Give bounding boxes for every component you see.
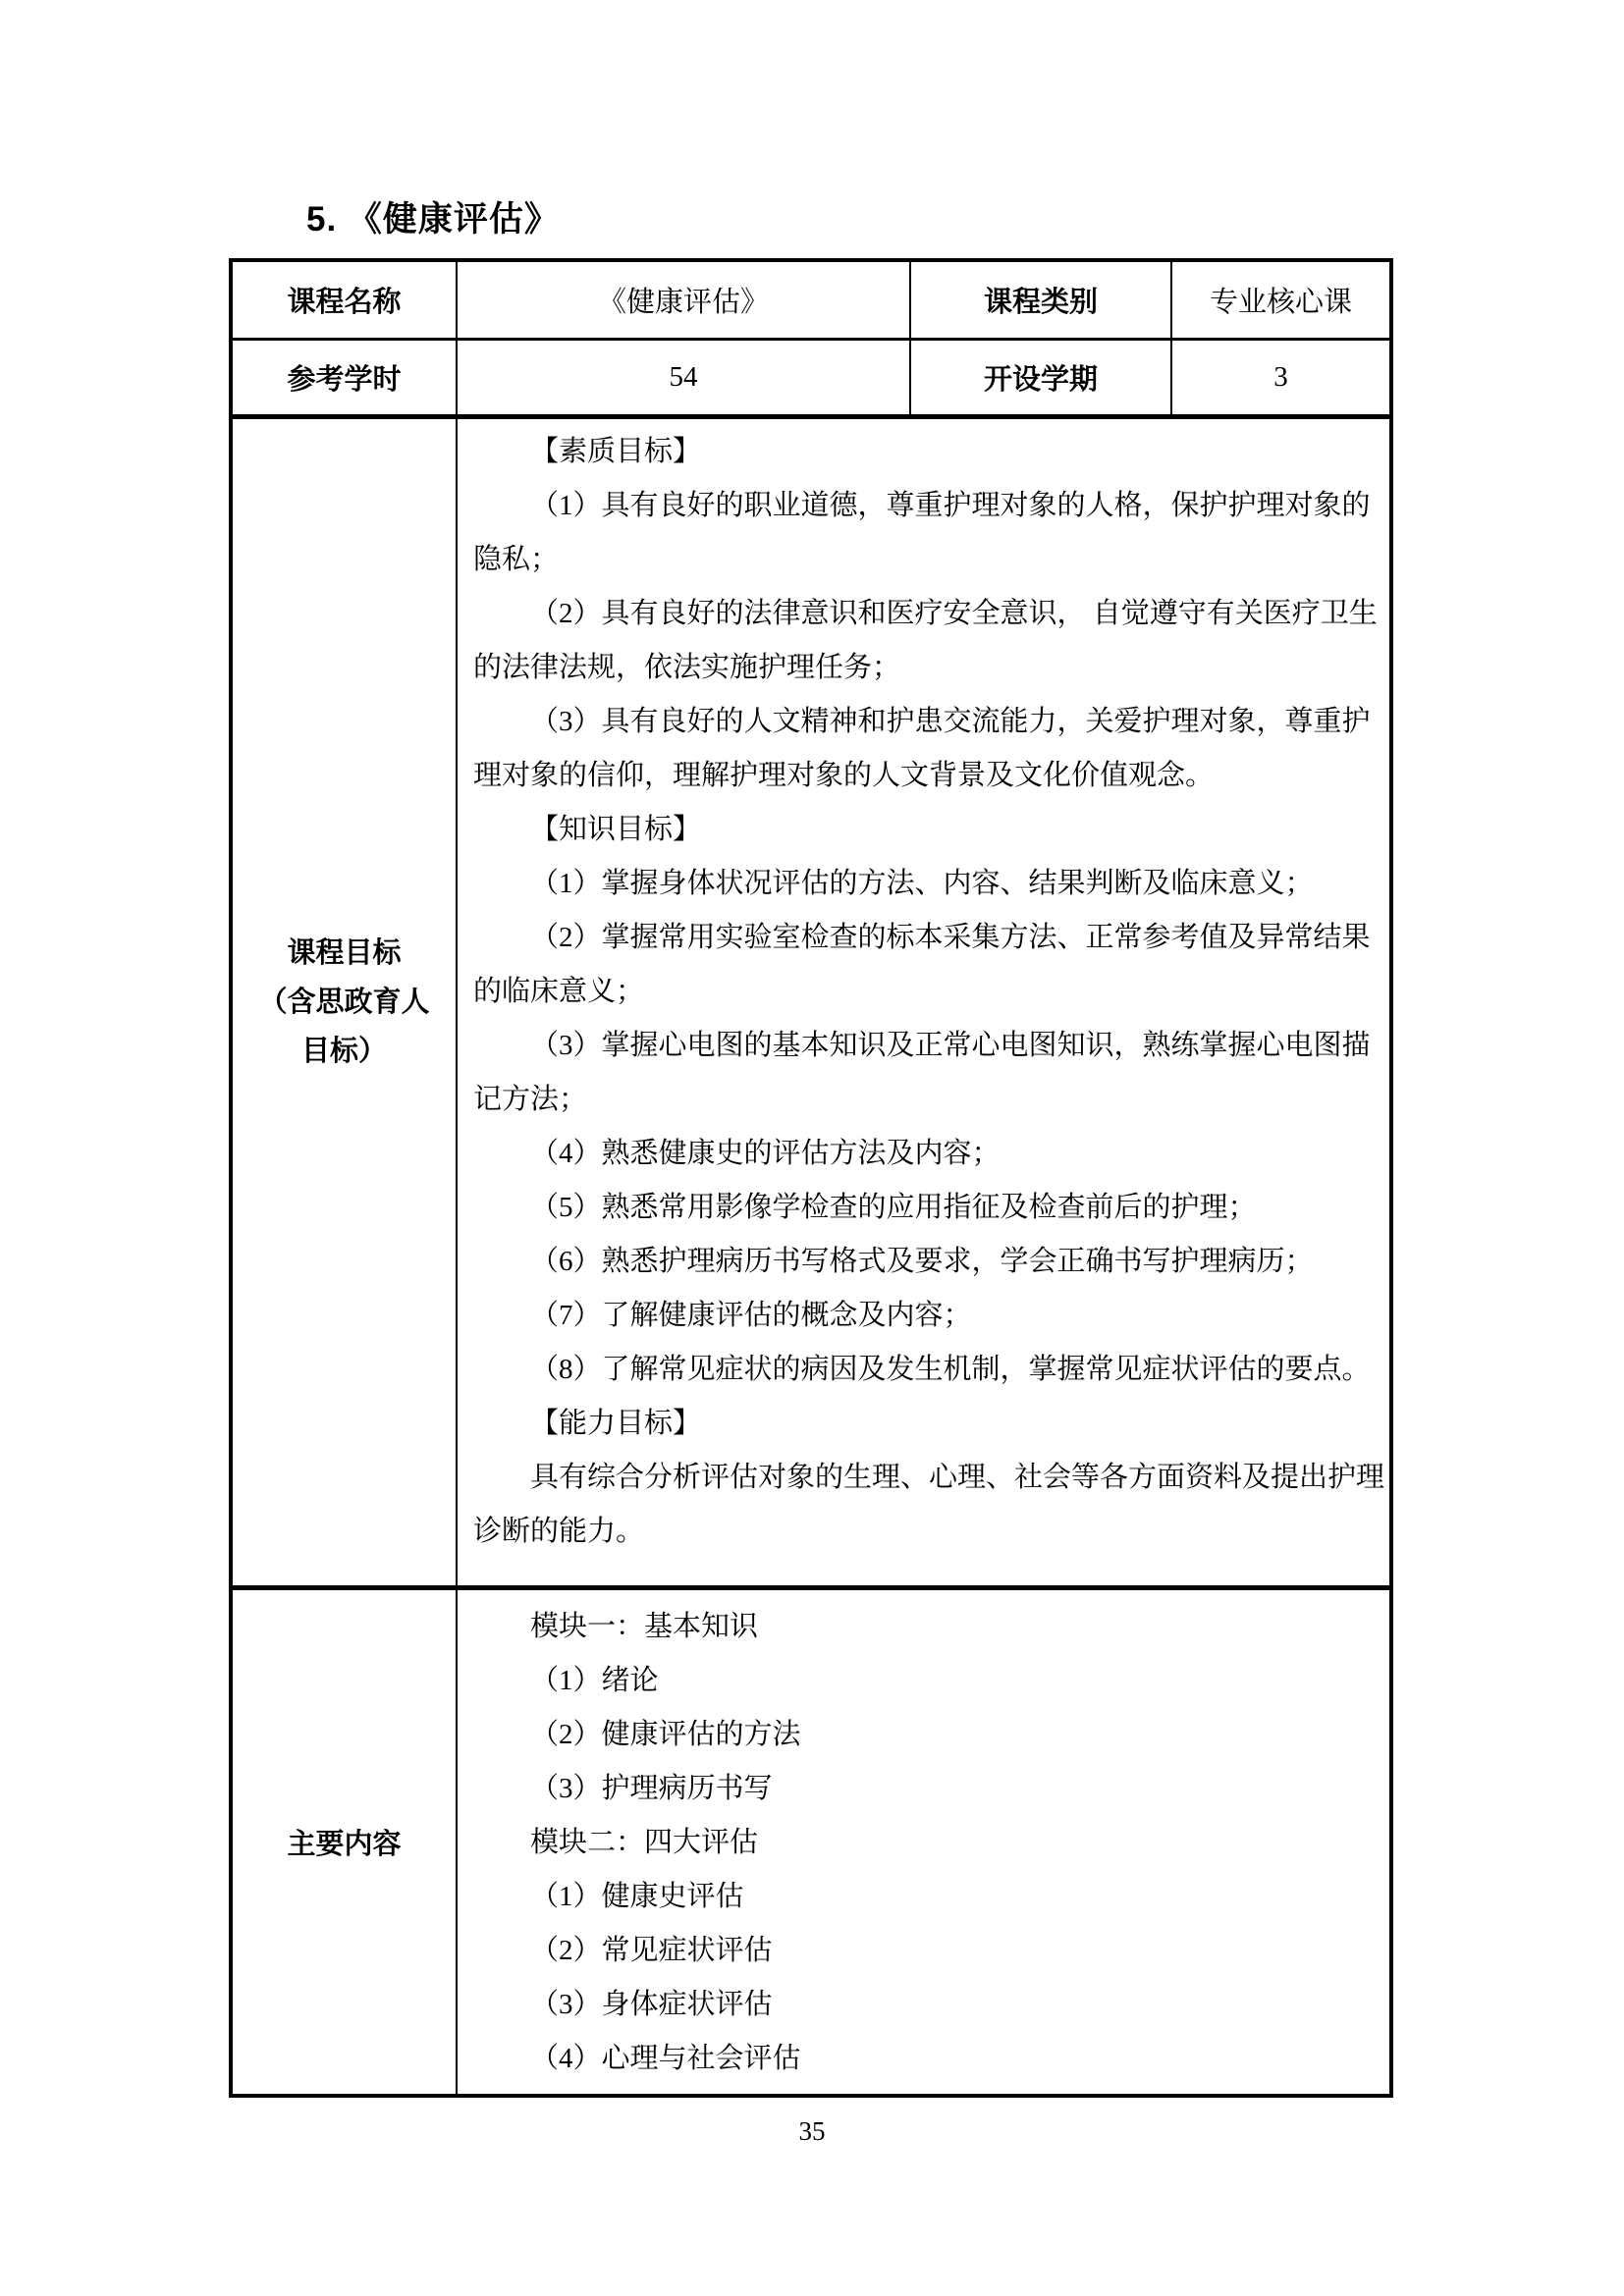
objective-text-line: （4）熟悉健康史的评估方法及内容； [473,1127,1376,1181]
objective-text-line: （7）了解健康评估的概念及内容； [473,1289,1376,1343]
content-text-line: （3）身体症状评估 [473,1978,1376,2032]
objective-text-line: 的法律法规，依法实施护理任务； [473,641,1376,695]
content-text-line: （1）绪论 [473,1654,1376,1708]
content-text-line: 模块一：基本知识 [473,1600,1376,1654]
course-name-value: 《健康评估》 [458,262,911,341]
content-text-line: （2）常见症状评估 [473,1924,1376,1978]
objective-text-line: 【知识目标】 [473,803,1376,857]
course-name-label: 课程名称 [233,262,458,341]
reference-hours-value: 54 [458,341,911,419]
content-text-line: 模块二：四大评估 [473,1816,1376,1870]
objective-text-line: （2）掌握常用实验室检查的标本采集方法、正常参考值及异常结果 [473,911,1376,965]
page-number: 35 [0,2116,1624,2147]
objective-text-line: （5）熟悉常用影像学检查的应用指征及检查前后的护理； [473,1181,1376,1235]
objective-text-line: （3）掌握心电图的基本知识及正常心电图知识，熟练掌握心电图描 [473,1019,1376,1073]
objective-text-line: 隐私； [473,533,1376,587]
objective-text-line: （2）具有良好的法律意识和医疗安全意识， 自觉遵守有关医疗卫生 [473,587,1376,641]
document-page: 5. 《健康评估》 课程名称 《健康评估》 课程类别 专业核心课 参考学时 54… [0,0,1624,2296]
course-syllabus-table: 课程名称 《健康评估》 课程类别 专业核心课 参考学时 54 开设学期 3 课程… [229,258,1393,2098]
content-text-line: （3）护理病历书写 [473,1762,1376,1816]
objective-text-line: 理对象的信仰，理解护理对象的人文背景及文化价值观念。 [473,749,1376,803]
objective-text-line: （8）了解常见症状的病因及发生机制，掌握常见症状评估的要点。 [473,1343,1376,1397]
objective-text-line: （6）熟悉护理病历书写格式及要求，学会正确书写护理病历； [473,1235,1376,1289]
semester-label: 开设学期 [911,341,1172,419]
course-category-value: 专业核心课 [1172,262,1389,341]
objective-text-line: 具有综合分析评估对象的生理、心理、社会等各方面资料及提出护理 [473,1451,1376,1505]
content-text-line: （1）健康史评估 [473,1870,1376,1924]
course-objectives-label: 课程目标 （含思政育人 目标） [233,419,458,1590]
reference-hours-label: 参考学时 [233,341,458,419]
content-text-line: （2）健康评估的方法 [473,1708,1376,1762]
objective-text-line: （1）掌握身体状况评估的方法、内容、结果判断及临床意义； [473,857,1376,911]
objective-text-line: 【素质目标】 [473,425,1376,479]
objective-text-line: 诊断的能力。 [473,1505,1376,1559]
content-text-line: （4）心理与社会评估 [473,2032,1376,2086]
course-category-label: 课程类别 [911,262,1172,341]
semester-value: 3 [1172,341,1389,419]
main-content-body: 模块一：基本知识 （1）绪论 （2）健康评估的方法 （3）护理病历书写 模块二：… [458,1590,1389,2094]
objective-text-line: 【能力目标】 [473,1397,1376,1451]
objective-text-line: 记方法； [473,1073,1376,1127]
objective-text-line: （1）具有良好的职业道德，尊重护理对象的人格，保护护理对象的 [473,479,1376,533]
objective-text-line: （3）具有良好的人文精神和护患交流能力，关爱护理对象，尊重护 [473,695,1376,749]
main-content-label: 主要内容 [233,1590,458,2094]
course-objectives-content: 【素质目标】 （1）具有良好的职业道德，尊重护理对象的人格，保护护理对象的 隐私… [458,419,1389,1590]
objective-text-line: 的临床意义； [473,965,1376,1019]
section-title: 5. 《健康评估》 [306,192,560,241]
